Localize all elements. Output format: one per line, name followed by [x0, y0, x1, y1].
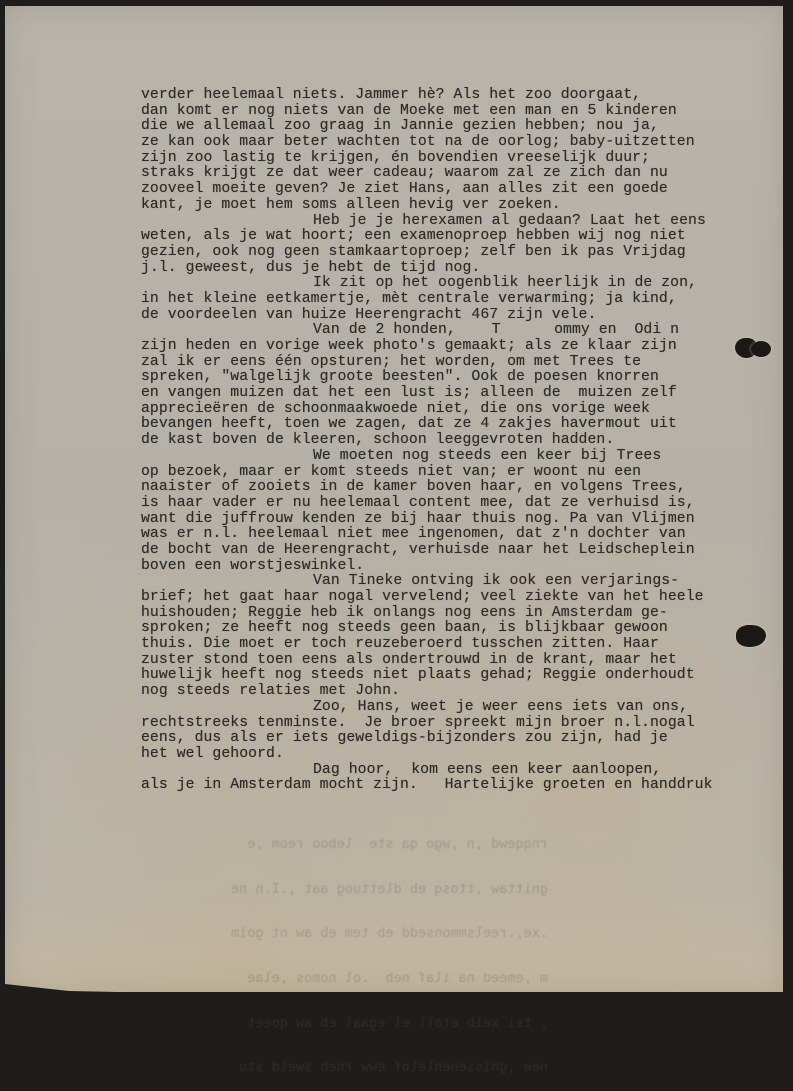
- text-line: is haar vader er nu heelemaal content me…: [141, 496, 741, 512]
- text-line: en vangen muizen dat het een lust is; al…: [141, 386, 741, 402]
- text-line: gezien, ook nog geen stamkaartoproep; ze…: [141, 245, 741, 261]
- text-line: als je in Amsterdam mocht zijn. Hartelij…: [141, 778, 741, 794]
- bleed-line: .xe,.reelsmmonsedd eb tem eb aw nt goim: [108, 926, 548, 942]
- paragraph: Van Tineke ontving ik ook een verjarings…: [141, 574, 741, 700]
- text-line: het wel gehoord.: [141, 747, 741, 763]
- text-line: thuis. Die moet er toch reuzeberoerd tus…: [141, 637, 741, 653]
- text-line: Van de 2 honden, T ommy en Odi n: [141, 323, 741, 339]
- text-line: eens, dus als er iets geweldigs-bijzonde…: [141, 731, 741, 747]
- text-line: zijn heden en vorige week photo's gemaak…: [141, 339, 741, 355]
- text-line: de kast boven de kleeren, schoon leeggev…: [141, 433, 741, 449]
- paragraph: verder heelemaal niets. Jammer hè? Als h…: [141, 88, 741, 214]
- text-line: rechtstreeks tenminste. Je broer spreekt…: [141, 716, 741, 732]
- paragraph: Dag hoor, kom eens een keer aanloopen,al…: [141, 763, 741, 794]
- bleed-line: m ,emeed na ilaf neb .ol nomos ,elae: [108, 971, 548, 987]
- text-line: Heb je je herexamen al gedaan? Laat het …: [141, 214, 741, 230]
- bleed-through-text: rnqqewd ,n ,wgo qa ste leboo reom ,e gni…: [108, 808, 548, 1000]
- text-line: straks krijgt ze dat weer cadeau; waarom…: [141, 166, 741, 182]
- paragraph: Heb je je herexamen al gedaan? Laat het …: [141, 214, 741, 277]
- text-line: verder heelemaal niets. Jammer hè? Als h…: [141, 88, 741, 104]
- text-line: spreken, "walgelijk groote beesten". Ook…: [141, 370, 741, 386]
- text-line: boven een worstjeswinkel.: [141, 559, 741, 575]
- text-line: naaister of zooiets in de kamer boven ha…: [141, 480, 741, 496]
- text-line: in het kleine eetkamertje, mèt centrale …: [141, 292, 741, 308]
- punch-hole-upper-lobe: [751, 341, 771, 357]
- paragraph: Zoo, Hans, weet je weer eens iets van on…: [141, 700, 741, 763]
- paragraph: Van de 2 honden, T ommy en Odi nzijn hed…: [141, 323, 741, 449]
- text-line: j.l. geweest, dus je hebt de tijd nog.: [141, 261, 741, 277]
- text-line: Ik zit op het oogenblik heerlijk in de z…: [141, 276, 741, 292]
- text-line: weten, als je wat hoort; een examenoproe…: [141, 229, 741, 245]
- text-line: op bezoek, maar er komt steeds niet van;…: [141, 465, 741, 481]
- bleed-line: rnqqewd ,n ,wgo qa ste leboo reom ,e: [108, 837, 548, 853]
- text-line: de bocht van de Heerengracht, verhuisde …: [141, 543, 741, 559]
- text-line: Dag hoor, kom eens een keer aanloopen,: [141, 763, 741, 779]
- text-line: Van Tineke ontving ik ook een verjarings…: [141, 574, 741, 590]
- text-line: huwelijk heeft nog steeds niet plaats ge…: [141, 668, 741, 684]
- text-line: brief; het gaat haar nogal vervelend; ve…: [141, 590, 741, 606]
- text-line: zooveel moeite geven? Je ziet Hans, aan …: [141, 182, 741, 198]
- letter-body: verder heelemaal niets. Jammer hè? Als h…: [141, 88, 741, 794]
- text-line: want die juffrouw kenden ze bij haar thu…: [141, 512, 741, 528]
- bleed-line: gnittaw ,ttosq eb dlettuog aat ,.I.n ne: [108, 882, 548, 898]
- text-line: Zoo, Hans, weet je weer eens iets van on…: [141, 700, 741, 716]
- text-line: was er n.l. heelemaal niet mee ingenomen…: [141, 527, 741, 543]
- text-line: bevangen heeft, toen we zagen, dat ze 4 …: [141, 417, 741, 433]
- paragraph: We moeten nog steeds een keer bij Treeso…: [141, 449, 741, 575]
- text-line: die we allemaal zoo graag in Jannie gezi…: [141, 119, 741, 135]
- text-line: de voordeelen van huize Heerengracht 467…: [141, 308, 741, 324]
- text-line: sproken; ze heeft nog steeds geen baan, …: [141, 621, 741, 637]
- paragraph: Ik zit op het oogenblik heerlijk in de z…: [141, 276, 741, 323]
- text-line: kant, je moet hem soms alleen hevig ver …: [141, 198, 741, 214]
- text-line: ze kan ook maar beter wachten tot na de …: [141, 135, 741, 151]
- text-line: We moeten nog steeds een keer bij Trees: [141, 449, 741, 465]
- text-line: nog steeds relaties met John.: [141, 684, 741, 700]
